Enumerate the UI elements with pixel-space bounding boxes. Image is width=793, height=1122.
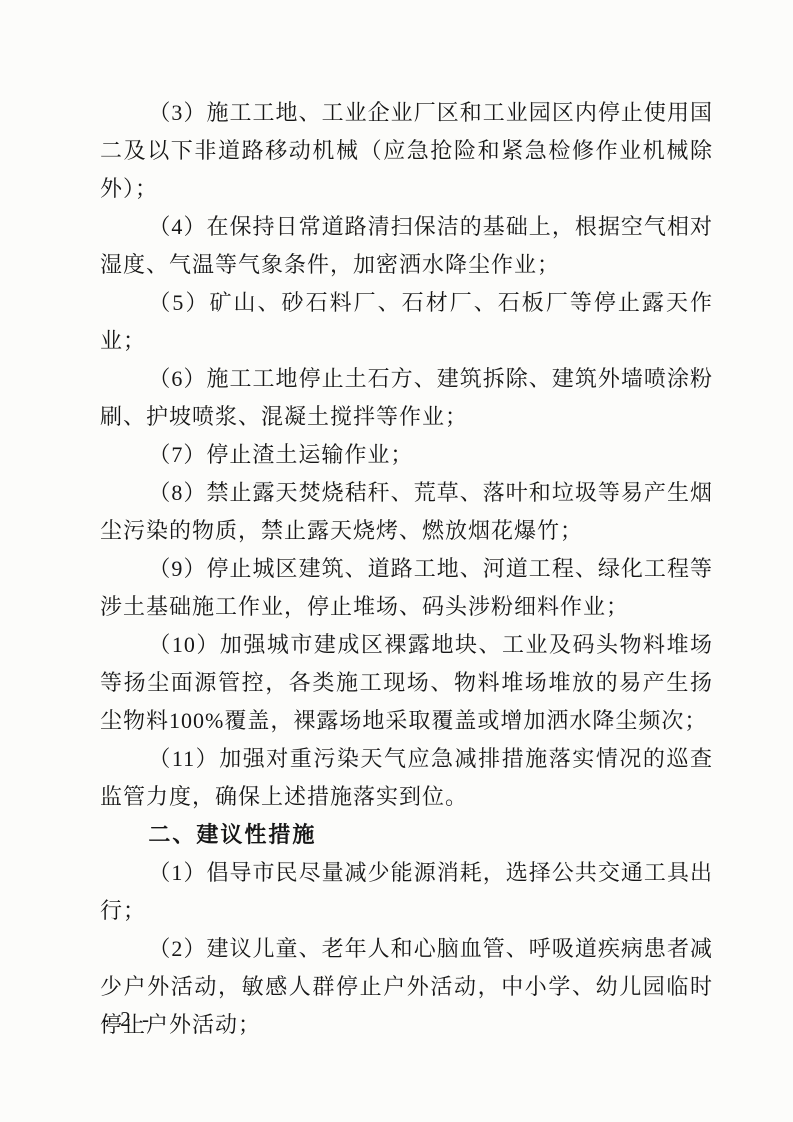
paragraph-item-9: （9）停止城区建筑、道路工地、河道工程、绿化工程等涉土基础施工作业，停止堆场、码… <box>100 550 713 626</box>
paragraph-item-6: （6）施工工地停止土石方、建筑拆除、建筑外墙喷涂粉刷、护坡喷浆、混凝土搅拌等作业… <box>100 360 713 436</box>
document-page: （3）施工工地、工业企业厂区和工业园区内停止使用国二及以下非道路移动机械（应急抢… <box>0 0 793 1122</box>
document-body: （3）施工工地、工业企业厂区和工业园区内停止使用国二及以下非道路移动机械（应急抢… <box>100 94 713 1044</box>
paragraph-item-11: （11）加强对重污染天气应急减排措施落实情况的巡查监管力度，确保上述措施落实到位… <box>100 740 713 816</box>
paragraph-item-2: （2）建议儿童、老年人和心脑血管、呼吸道疾病患者减少户外活动，敏感人群停止户外活… <box>100 930 713 1044</box>
paragraph-item-5: （5）矿山、砂石料厂、石材厂、石板厂等停止露天作业； <box>100 284 713 360</box>
page-number: - 2 - <box>102 1004 152 1034</box>
paragraph-item-3: （3）施工工地、工业企业厂区和工业园区内停止使用国二及以下非道路移动机械（应急抢… <box>100 94 713 208</box>
section-heading-suggested-measures: 二、建议性措施 <box>100 816 713 854</box>
paragraph-item-1: （1）倡导市民尽量减少能源消耗，选择公共交通工具出行； <box>100 854 713 930</box>
paragraph-item-8: （8）禁止露天焚烧秸秆、荒草、落叶和垃圾等易产生烟尘污染的物质，禁止露天烧烤、燃… <box>100 474 713 550</box>
paragraph-item-4: （4）在保持日常道路清扫保洁的基础上，根据空气相对湿度、气温等气象条件，加密洒水… <box>100 208 713 284</box>
paragraph-item-7: （7）停止渣土运输作业； <box>100 436 713 474</box>
paragraph-item-10: （10）加强城市建成区裸露地块、工业及码头物料堆场等扬尘面源管控，各类施工现场、… <box>100 626 713 740</box>
